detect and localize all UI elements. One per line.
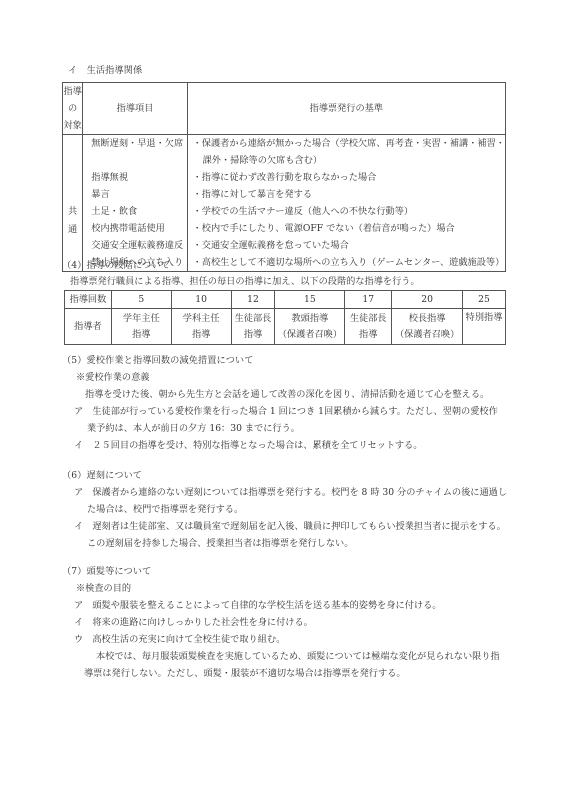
section-6-item-i-line1: イ 遅刻者は生徒部室、又は職員室で遅刻届を記入後、職員に押印してもらい授業担当者… <box>74 518 506 535</box>
guidance-stages-table: 指導回数 5 10 12 15 17 20 25 指導者 学年主任指導 学科主任… <box>64 290 506 345</box>
criteria-cell: ・指導に従わず改善行動を取らなかった場合 <box>193 169 505 186</box>
target-common: 共 通 <box>63 135 83 272</box>
supervisor-line1: 特別指導 <box>463 310 505 326</box>
section-title-seikatsu-shido: イ 生活指導関係 <box>68 62 142 79</box>
target-line1: 共 <box>63 187 82 221</box>
count-cell: 10 <box>171 291 231 309</box>
supervisor-line2: 指導 <box>172 327 231 343</box>
section-7-note-line2: 導票は発行しない。ただし、頭髪・服装が不適切な場合は指導票を発行する。 <box>84 665 406 682</box>
supervisor-line2: 指導 <box>345 327 391 343</box>
supervisor-line1: 校長指導 <box>392 311 462 327</box>
section-6-item-i-line2: この遅刻届を持参した場合、授業担当者は指導票を発行しない。 <box>87 535 353 552</box>
supervisor-label: 指導者 <box>65 309 112 345</box>
criteria-cell: ・校内で手にしたり、電源OFF でない（着信音が鳴った）場合 <box>193 220 505 237</box>
criteria-cell-continued: 課外・掃除等の欠席も含む） <box>193 152 505 169</box>
item-cell: 指導無視 <box>91 169 186 186</box>
header-target-line1: 指導の <box>63 83 82 117</box>
supervisor-line1: 学科主任 <box>172 311 231 327</box>
criteria-cell: ・学校での生活マナー違反（他人への不快な行動等） <box>193 203 505 220</box>
criteria-cell: ・保護者から連絡が無かった場合（学校欠席、再考査・実習・補講・補習・ <box>193 135 505 152</box>
section-title-6: （6）遅刻について <box>62 467 142 484</box>
section-6-item-a-line2: た場合は、校門で指導票を発行する。 <box>87 501 243 518</box>
item-cell: 校内携帯電話使用 <box>91 220 186 237</box>
table-row: 共 通 無断遅刻・早退・欠席 指導無視 暴言 土足・飲食 校内携帯電話使用 交通… <box>63 135 506 272</box>
section-7-item-u: ウ 高校生活の充実に向けて全校生徒で取り組む。 <box>74 631 285 648</box>
count-cell: 25 <box>463 291 506 309</box>
section-6-item-a-line1: ア 保護者から連絡のない遅刻については指導票を発行する。校門を 8 時 30 分… <box>74 484 507 501</box>
section-5-item-a-line1: ア 生徒部が行っている愛校作業を行った場合 1 回につき 1回累積から減らす。た… <box>74 403 498 420</box>
table-header-row: 指導の 対象 指導項目 指導票発行の基準 <box>63 83 506 135</box>
section-5-purpose: 指導を受けた後、朝から先生方と会話を通して改善の深化を図り、清掃活動を通じて心を… <box>85 386 489 403</box>
supervisor-line1: 教頭指導 <box>275 311 344 327</box>
section-5-subtitle: ※愛校作業の意義 <box>76 369 150 386</box>
supervisor-line2: 指導 <box>112 327 171 343</box>
supervisor-line1: 生徒部長 <box>345 311 391 327</box>
count-label: 指導回数 <box>65 291 112 309</box>
item-cell: 土足・飲食 <box>91 203 186 220</box>
supervisor-cell: 生徒部長指導 <box>231 309 275 345</box>
section-5-item-a-line2: 業予約は、本人が前日の夕方 16：30 までに行う。 <box>87 420 300 437</box>
criteria-cell: ・指導に対して暴言を発する <box>193 186 505 203</box>
criteria-cell: ・交通安全運転義務を怠っていた場合 <box>193 237 505 254</box>
section-5-item-i: イ ２５回目の指導を受け、特別な指導となった場合は、累積を全てリセットする。 <box>74 437 422 454</box>
header-item: 指導項目 <box>83 83 187 135</box>
section-7-item-a: ア 頭髪や服装を整えることによって自律的な学校生活を送る基本的姿勢を身に付ける。 <box>74 597 442 614</box>
item-column: 無断遅刻・早退・欠席 指導無視 暴言 土足・飲食 校内携帯電話使用 交通安全運転… <box>83 135 187 272</box>
count-cell: 5 <box>111 291 171 309</box>
header-criteria: 指導票発行の基準 <box>187 83 505 135</box>
section-7-note-line1: 本校では、毎月服装頭髪検査を実施しているため、頭髪については極端な変化が見られな… <box>96 648 500 665</box>
count-cell: 20 <box>392 291 463 309</box>
supervisor-cell: 教頭指導（保護者召喚） <box>275 309 345 345</box>
item-cell: 無断遅刻・早退・欠席 <box>91 135 186 169</box>
criteria-column: ・保護者から連絡が無かった場合（学校欠席、再考査・実習・補講・補習・ 課外・掃除… <box>187 135 505 272</box>
item-cell: 交通安全運転義務違反 <box>91 237 186 254</box>
supervisor-cell: 学年主任指導 <box>111 309 171 345</box>
supervisor-cell: 特別指導 <box>463 309 506 345</box>
supervisor-line2: 指導 <box>232 327 275 343</box>
guidance-criteria-table: 指導の 対象 指導項目 指導票発行の基準 共 通 無断遅刻・早退・欠席 指導無視… <box>62 82 506 272</box>
header-target-line2: 対象 <box>63 117 82 134</box>
header-target: 指導の 対象 <box>63 83 83 135</box>
count-cell: 15 <box>275 291 345 309</box>
section-title-4: （4）指導の段階について <box>62 257 170 274</box>
section-4-intro: 指導票発行職員による指導、担任の毎日の指導に加え、以下の段階的な指導を行う。 <box>70 273 420 290</box>
section-title-5: （5）愛校作業と指導回数の減免措置について <box>62 352 254 369</box>
count-cell: 17 <box>345 291 392 309</box>
criteria-cell: ・高校生として不適切な場所への立ち入り（ゲームセンター、遊戯施設等） <box>193 254 505 271</box>
target-line2: 通 <box>63 221 82 238</box>
item-cell: 暴言 <box>91 186 186 203</box>
supervisor-line2: （保護者召喚） <box>275 327 344 343</box>
supervisor-row: 指導者 学年主任指導 学科主任指導 生徒部長指導 教頭指導（保護者召喚） 生徒部… <box>65 309 506 345</box>
supervisor-cell: 校長指導（保護者召喚） <box>392 309 463 345</box>
count-row: 指導回数 5 10 12 15 17 20 25 <box>65 291 506 309</box>
supervisor-cell: 学科主任指導 <box>171 309 231 345</box>
supervisor-line2: （保護者召喚） <box>392 327 462 343</box>
section-7-item-i: イ 将来の進路に向けしっかりした社会性を身に付ける。 <box>74 614 313 631</box>
section-7-subtitle: ※検査の目的 <box>76 580 131 597</box>
count-cell: 12 <box>231 291 275 309</box>
section-title-7: （7）頭髪等について <box>62 563 151 580</box>
supervisor-line1: 学年主任 <box>112 311 171 327</box>
supervisor-line1: 生徒部長 <box>232 311 275 327</box>
supervisor-cell: 生徒部長指導 <box>345 309 392 345</box>
